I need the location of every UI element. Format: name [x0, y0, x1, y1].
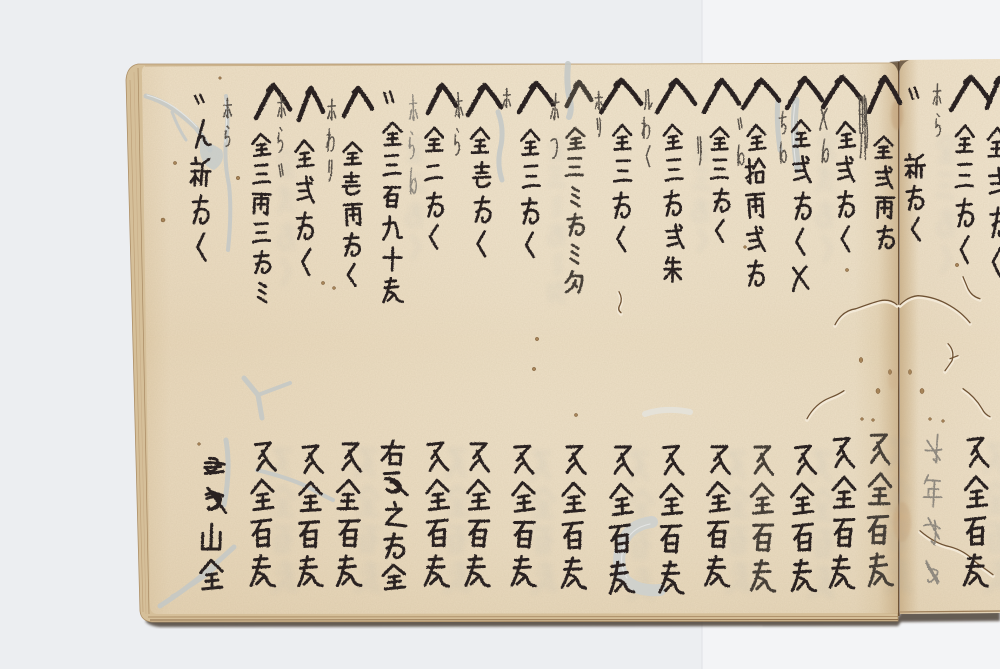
repair-strip [777, 100, 780, 150]
repair-strip [498, 112, 502, 180]
repair-strip [567, 64, 570, 117]
glyph [664, 258, 681, 282]
manuscript-photo: Photograph of an open hand-written Japan… [0, 0, 1000, 669]
photo-frame: Photograph of an open hand-written Japan… [0, 0, 1000, 669]
